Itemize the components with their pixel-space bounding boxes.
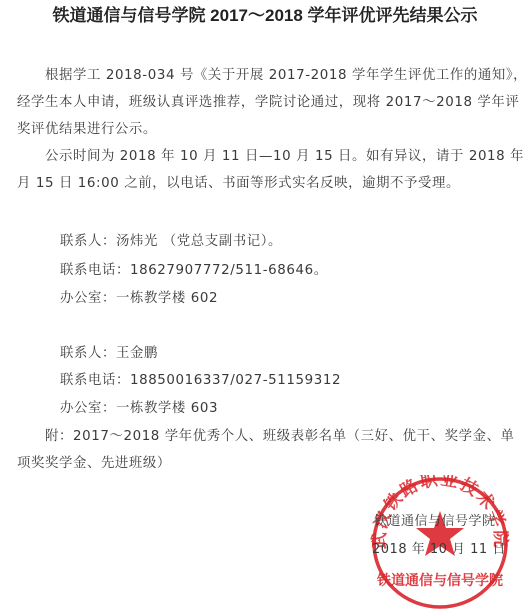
contact-phone: 联系电话：18627907772/511-68646。 xyxy=(60,261,328,281)
paragraph-line: 公示时间为 2018 年 10 月 11 日—10 月 15 日。如有异议，请于… xyxy=(17,143,513,170)
paragraph-line: 附：2017～2018 学年优秀个人、班级表彰名单（三好、优干、奖学金、单 xyxy=(17,423,513,450)
signature-date: 2018 年 10 月 11 日 xyxy=(372,538,506,557)
signature-org: 铁道通信与信号学院 xyxy=(374,510,496,529)
svg-text:铁道通信与信号学院: 铁道通信与信号学院 xyxy=(376,572,503,589)
paragraph-line: 根据学工 2018-034 号《关于开展 2017-2018 学年学生评优工作的… xyxy=(17,62,513,89)
paragraph-line: 项奖奖学金、先进班级） xyxy=(17,450,513,477)
contact-person: 联系人：汤炜光 （党总支副书记）。 xyxy=(60,232,282,252)
paragraph-notice-basis: 根据学工 2018-034 号《关于开展 2017-2018 学年学生评优工作的… xyxy=(17,62,513,143)
document-title: 铁道通信与信号学院 2017～2018 学年评优评先结果公示 xyxy=(0,4,530,28)
contact-office: 办公室：一栋教学楼 603 xyxy=(60,399,218,419)
paragraph-attachment: 附：2017～2018 学年优秀个人、班级表彰名单（三好、优干、奖学金、单 项奖… xyxy=(17,423,513,477)
paragraph-line: 月 15 日 16:00 之前，以电话、书面等形式实名反映，逾期不予受理。 xyxy=(17,170,513,197)
contact-person: 联系人：王金鹏 xyxy=(60,344,158,364)
contact-phone: 联系电话：18850016337/027-51159312 xyxy=(60,371,341,391)
paragraph-line: 奖评优结果进行公示。 xyxy=(17,116,513,143)
paragraph-notice-period: 公示时间为 2018 年 10 月 11 日—10 月 15 日。如有异议，请于… xyxy=(17,143,513,197)
contact-office: 办公室：一栋教学楼 602 xyxy=(60,289,218,309)
paragraph-line: 经学生本人申请，班级认真评选推荐，学院讨论通过，现将 2017～2018 学年评 xyxy=(17,89,513,116)
